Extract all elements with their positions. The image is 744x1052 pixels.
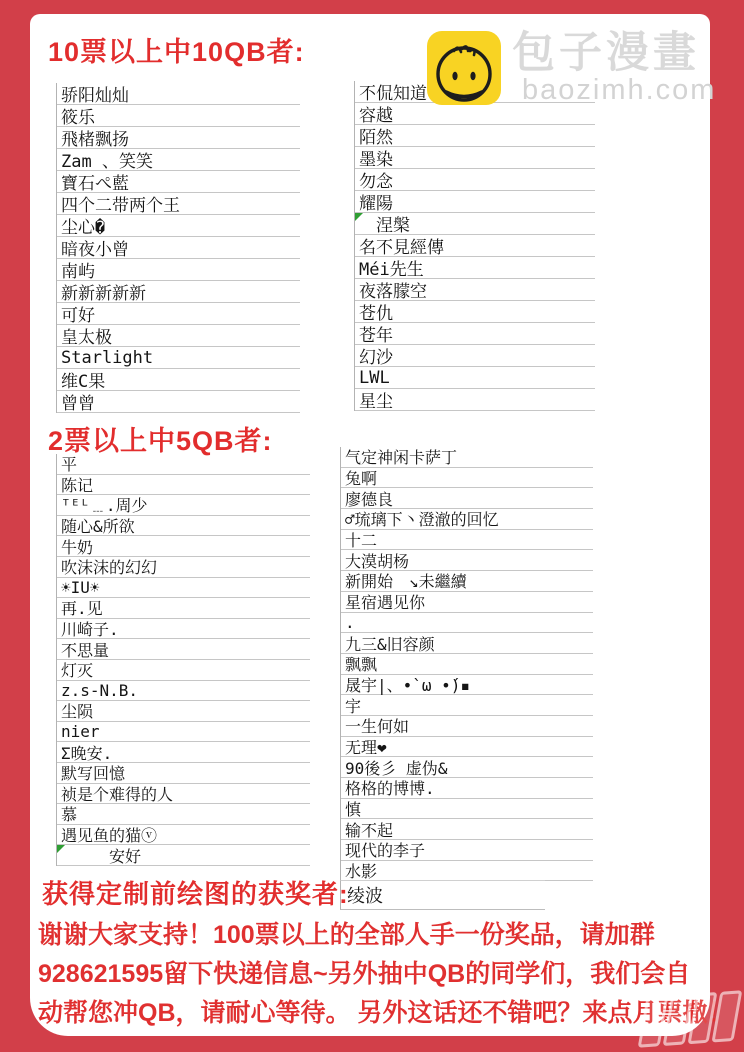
- name-cell: 四个二带两个王: [57, 193, 300, 215]
- name-cell: 牛奶: [57, 536, 310, 557]
- name-cell: 九三&旧容颜: [341, 633, 593, 654]
- name-cell: 不思量: [57, 639, 310, 660]
- name-cell: 慕: [57, 804, 310, 825]
- content-panel: 10票以上中10QB者: 骄阳灿灿筱乐飛楮飘扬Zam 、笑笑寶石ぺ藍四个二带两个…: [30, 14, 710, 1036]
- name-cell: 陈记: [57, 475, 310, 496]
- section2-column1: 平陈记ᵀᴱᴸ﹍.周少随心&所欲牛奶吹沫沫的幻幻☀IU☀再.见川崎子.不思量灯灭z…: [56, 454, 310, 866]
- name-cell: ☀IU☀: [57, 578, 310, 599]
- award-winner-cell: 绫波: [340, 880, 545, 910]
- name-cell: 随心&所欲: [57, 516, 310, 537]
- name-cell: Méi先生: [355, 257, 595, 279]
- name-cell: 兔啊: [341, 468, 593, 489]
- footer-line: 928621595留下快递信息~另外抽中QB的同学们，我们会自: [38, 955, 710, 994]
- name-cell: 川崎子.: [57, 619, 310, 640]
- name-cell: 飛楮飘扬: [57, 127, 300, 149]
- name-cell: 晟宇|、•̀ ω •́)▪: [341, 675, 593, 696]
- name-cell: 名不見經傳: [355, 235, 595, 257]
- name-cell: 祯是个难得的人: [57, 784, 310, 805]
- name-cell: ᵀᴱᴸ﹍.周少: [57, 495, 310, 516]
- name-cell: 夜落朦空: [355, 279, 595, 301]
- name-cell: 维C果: [57, 369, 300, 391]
- name-cell: 耀陽: [355, 191, 595, 213]
- name-cell: 容越: [355, 103, 595, 125]
- footer-message: 谢谢大家支持！100票以上的全部人手一份奖品，请加群928621595留下快递信…: [38, 916, 710, 1033]
- site-name: 包子漫畫: [512, 30, 716, 76]
- name-cell: ♂琉璃下丶澄澈的回忆: [341, 509, 593, 530]
- corner-watermark: [638, 990, 743, 1047]
- name-cell: 再.见: [57, 598, 310, 619]
- name-cell: 皇太极: [57, 325, 300, 347]
- name-cell: z.s-N.B.: [57, 681, 310, 702]
- name-cell: 十二: [341, 530, 593, 551]
- name-cell: 幻沙: [355, 345, 595, 367]
- name-cell: Σ晚安.: [57, 742, 310, 763]
- name-cell: 暗夜小曾: [57, 237, 300, 259]
- name-cell: 尘陨: [57, 701, 310, 722]
- name-cell: 现代的李子: [341, 840, 593, 861]
- name-cell: LWL: [355, 367, 595, 389]
- name-cell: nier: [57, 722, 310, 743]
- name-cell: 曾曾: [57, 391, 300, 413]
- award-title: 获得定制前绘图的获奖者:: [42, 874, 349, 911]
- section2-column2: 气定神闲卡萨丁兔啊廖德良♂琉璃下丶澄澈的回忆十二大漠胡杨新開始 ↘未繼續星宿遇见…: [340, 447, 593, 881]
- name-cell: 慎: [341, 799, 593, 820]
- name-cell: 不侃知道: [355, 81, 595, 103]
- name-cell: 筱乐: [57, 105, 300, 127]
- name-cell: Zam 、笑笑: [57, 149, 300, 171]
- name-cell: 苍年: [355, 323, 595, 345]
- name-cell: 星尘: [355, 389, 595, 411]
- name-cell: Starlight: [57, 347, 300, 369]
- name-cell: 宇: [341, 695, 593, 716]
- footer-line: 谢谢大家支持！100票以上的全部人手一份奖品，请加群: [38, 916, 710, 955]
- name-cell: 大漠胡杨: [341, 550, 593, 571]
- name-cell: 吹沫沫的幻幻: [57, 557, 310, 578]
- name-cell: 90後彡 虚伪&: [341, 757, 593, 778]
- name-cell: 墨染: [355, 147, 595, 169]
- name-cell: 新開始 ↘未繼續: [341, 571, 593, 592]
- name-cell: 一生何如: [341, 716, 593, 737]
- name-cell: 水影: [341, 861, 593, 882]
- name-cell: 输不起: [341, 819, 593, 840]
- section1-title: 10票以上中10QB者:: [48, 30, 305, 69]
- section2-title: 2票以上中5QB者:: [48, 419, 273, 458]
- name-cell: 骄阳灿灿: [57, 83, 300, 105]
- name-cell: .: [341, 613, 593, 634]
- name-cell: 新新新新新: [57, 281, 300, 303]
- footer-line: 动帮您冲QB，请耐心等待。 另外这话还不错吧？来点月票撒！: [38, 994, 710, 1033]
- name-cell: 可好: [57, 303, 300, 325]
- name-cell: 廖德良: [341, 488, 593, 509]
- name-cell: 默写回憶: [57, 763, 310, 784]
- name-cell: 飘飘: [341, 654, 593, 675]
- name-cell: 南屿: [57, 259, 300, 281]
- name-cell: 无理❤: [341, 737, 593, 758]
- name-cell: 气定神闲卡萨丁: [341, 447, 593, 468]
- name-cell: 星宿遇见你: [341, 592, 593, 613]
- section1-column1: 骄阳灿灿筱乐飛楮飘扬Zam 、笑笑寶石ぺ藍四个二带两个王尘心�暗夜小曾南屿新新新…: [56, 83, 300, 413]
- name-cell: 陌然: [355, 125, 595, 147]
- name-cell: 格格的博博.: [341, 778, 593, 799]
- name-cell: 灯灭: [57, 660, 310, 681]
- name-cell: 苍仇: [355, 301, 595, 323]
- name-cell: 遇见鱼的猫ⓥ: [57, 825, 310, 846]
- name-cell: 勿念: [355, 169, 595, 191]
- name-cell: 平: [57, 454, 310, 475]
- section1-column2: 不侃知道容越陌然墨染勿念耀陽 涅槃名不見經傳Méi先生夜落朦空苍仇苍年幻沙LWL…: [354, 81, 595, 411]
- name-cell: 尘心�: [57, 215, 300, 237]
- name-cell: 安好: [57, 845, 310, 866]
- name-cell: 寶石ぺ藍: [57, 171, 300, 193]
- name-cell: 涅槃: [355, 213, 595, 235]
